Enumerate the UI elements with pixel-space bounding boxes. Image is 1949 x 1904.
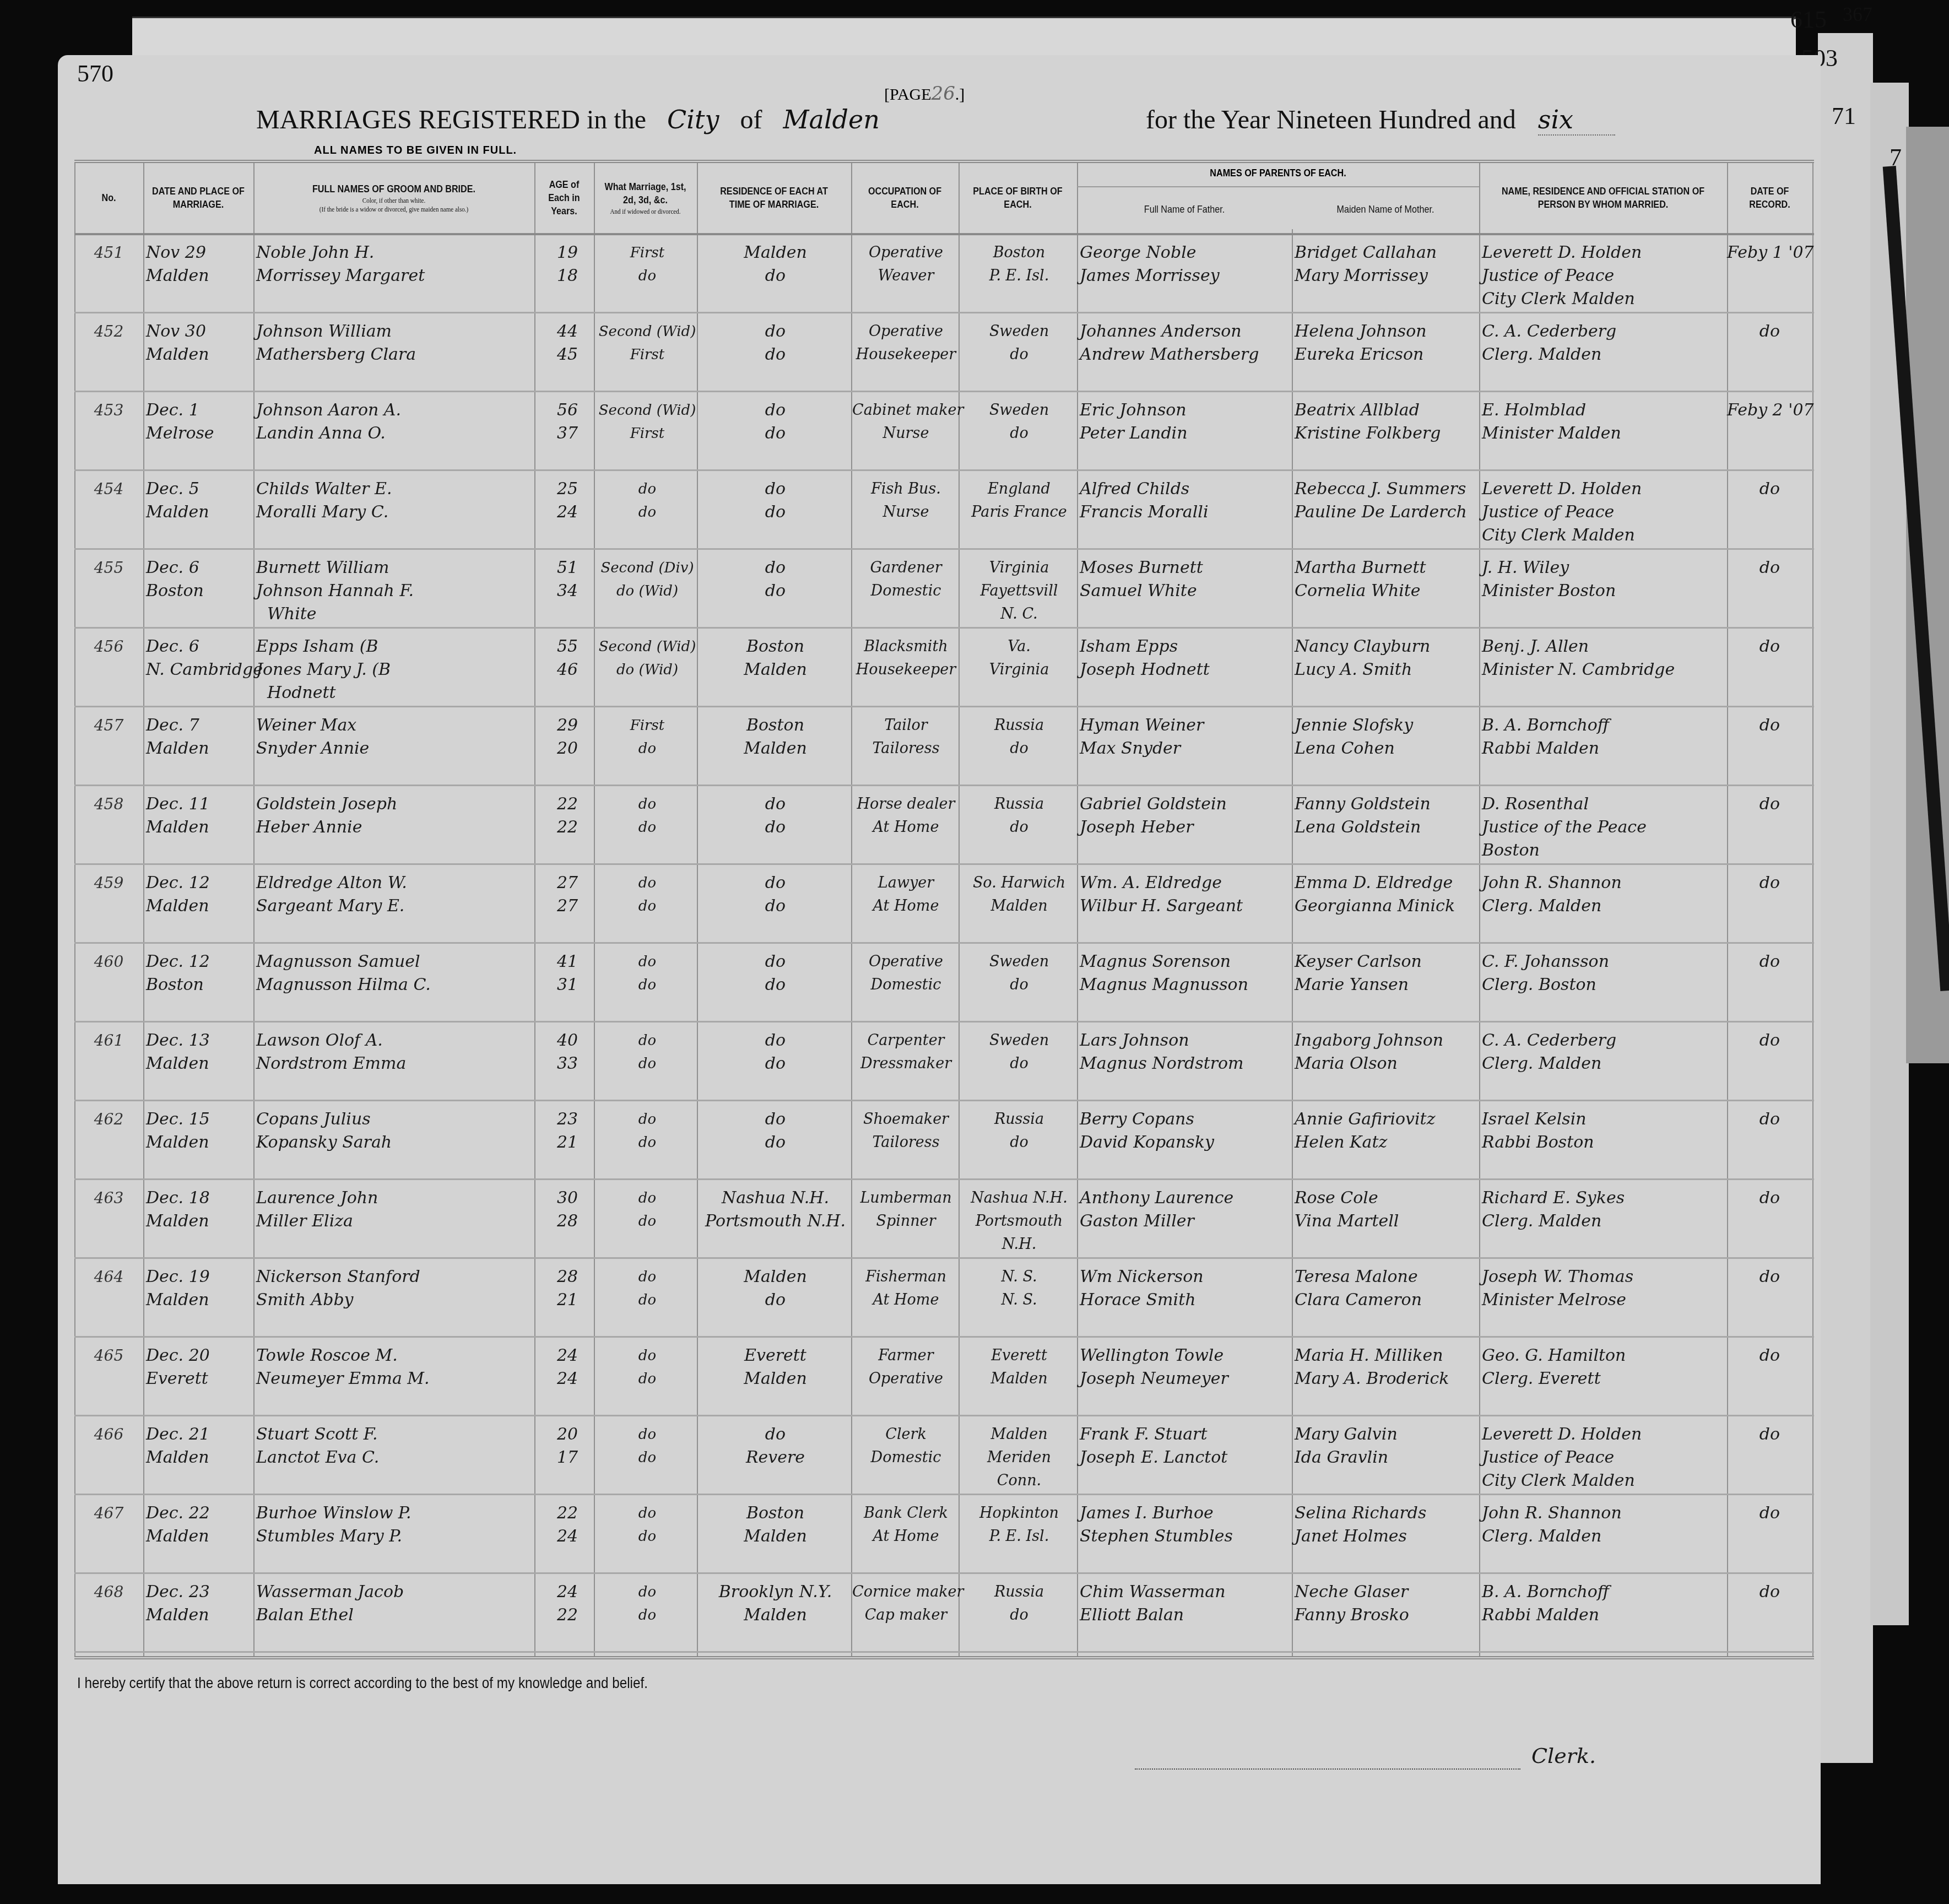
birthplaces: Russiado [961,714,1077,760]
occupations: TailorTailoress [852,714,960,760]
marriage-number: dodo [598,1108,697,1154]
fathers: James I. BurhoeStephen Stumbles [1080,1502,1233,1548]
groom-bride-names: Nickerson StanfordSmith Abby [256,1265,420,1312]
residences: dodo [700,556,851,603]
ages: 2422 [540,1581,595,1627]
of-label: of [740,105,762,134]
birthplaces: Swedendo [961,320,1077,366]
date-of-record: do [1727,1265,1812,1289]
ages: 5134 [540,556,595,603]
ages: 2017 [540,1423,595,1469]
occupations: FarmerOperative [852,1344,960,1391]
mothers: Beatrix AllbladKristine Folkberg [1295,399,1441,445]
header-what-marriage: What Marriage, 1st, 2d, 3d, &c.And if wi… [602,167,689,229]
officiant: Richard E. SykesClerg. Malden [1482,1187,1625,1233]
date-of-record: do [1727,872,1812,895]
record-number: 459 [77,872,140,895]
record-number: 454 [77,478,140,501]
municipality-type: City [667,105,719,134]
officiant-line: Rabbi Malden [1482,737,1609,760]
officiant: B. A. BornchoffRabbi Malden [1482,1581,1609,1627]
officiant: D. RosenthalJustice of the PeaceBoston [1482,793,1647,862]
mothers: Neche GlaserFanny Brosko [1295,1581,1409,1627]
date-of-record: do [1727,793,1812,816]
mothers: Martha BurnettCornelia White [1295,556,1426,603]
residences: dodo [700,793,851,839]
birthplaces: Nashua N.H.PortsmouthN.H. [961,1187,1077,1256]
residences: Nashua N.H.Portsmouth N.H. [700,1187,851,1233]
marriage-number: dodo [598,950,697,997]
year-suffix: six [1538,105,1615,136]
residences: Maldendo [700,1265,851,1312]
marriage-number: Firstdo [598,241,697,288]
date-place: Dec. 11Malden [146,793,210,839]
fathers: Gabriel GoldsteinJoseph Heber [1080,793,1227,839]
officiant: E. HolmbladMinister Malden [1482,399,1621,445]
table-row: 459 Dec. 12Malden Eldredge Alton W.Sarge… [74,865,1814,944]
residences: Maldendo [700,241,851,288]
groom-bride-names: Burhoe Winslow P.Stumbles Mary P. [256,1502,412,1548]
ages: 3028 [540,1187,595,1233]
table-row: 451 Nov 29Malden Noble John H.Morrissey … [74,235,1814,313]
date-place: Dec. 18Malden [146,1187,210,1233]
date-of-record: do [1727,1029,1812,1052]
table-row: 454 Dec. 5Malden Childs Walter E.Moralli… [74,471,1814,550]
groom-bride-names: Magnusson SamuelMagnusson Hilma C. [256,950,431,997]
ages: 2222 [540,793,595,839]
occupations: Cabinet makerNurse [852,399,960,445]
officiant-line: Israel Kelsin [1482,1108,1594,1131]
officiant: Leverett D. HoldenJustice of PeaceCity C… [1482,1423,1642,1492]
table-row: 463 Dec. 18Malden Laurence JohnMiller El… [74,1180,1814,1259]
record-number: 464 [77,1265,140,1289]
mothers: Ingaborg JohnsonMaria Olson [1295,1029,1443,1075]
occupations: Bank ClerkAt Home [852,1502,960,1548]
table-row: 455 Dec. 6Boston Burnett WilliamJohnson … [74,550,1814,629]
mothers: Bridget CallahanMary Morrissey [1295,241,1437,288]
officiant-line: Leverett D. Holden [1482,478,1642,501]
municipality-name: Malden [783,105,880,134]
ages: 2424 [540,1344,595,1391]
date-place: Dec. 23Malden [146,1581,210,1627]
ages: 1918 [540,241,595,288]
birthplaces: So. HarwichMalden [961,872,1077,918]
occupations: Horse dealerAt Home [852,793,960,839]
birthplaces: EverettMalden [961,1344,1077,1391]
officiant-line: Clerg. Malden [1482,343,1616,366]
birthplaces: MaldenMeridenConn. [961,1423,1077,1492]
occupations: ShoemakerTailoress [852,1108,960,1154]
table-row: 464 Dec. 19Malden Nickerson StanfordSmit… [74,1259,1814,1338]
record-number: 451 [77,241,140,264]
year-prefix: for the Year Nineteen Hundred and [1146,105,1516,134]
record-number: 467 [77,1502,140,1525]
birthplaces: Russiado [961,1108,1077,1154]
residences: BostonMalden [700,714,851,760]
page-number: 26 [932,83,955,105]
register-title: MARRIAGES REGISTERED in theCityofMalden [256,105,901,135]
occupations: OperativeDomestic [852,950,960,997]
ages: 2224 [540,1502,595,1548]
date-place: Dec. 20Everett [146,1344,210,1391]
parents-divider [1077,186,1479,187]
officiant-line: Leverett D. Holden [1482,1423,1642,1446]
mothers: Emma D. EldredgeGeorgianna Minick [1295,872,1455,918]
fathers: Anthony LaurenceGaston Miller [1080,1187,1233,1233]
occupations: GardenerDomestic [852,556,960,603]
date-of-record: do [1727,950,1812,973]
fathers: Hyman WeinerMax Snyder [1080,714,1204,760]
groom-bride-names: Stuart Scott F.Lanctot Eva C. [256,1423,379,1469]
date-place: Dec. 6N. Cambridge [146,635,263,681]
officiant-line: Minister Boston [1482,580,1616,603]
residences: dodo [700,950,851,997]
date-of-record: do [1727,478,1812,501]
officiant: C. A. CederbergClerg. Malden [1482,1029,1616,1075]
mothers: Teresa MaloneClara Cameron [1295,1265,1422,1312]
stacked-page-number-5: 7 [1890,143,1902,171]
stacked-page-number-2: 367 [1843,3,1872,26]
occupations: FishermanAt Home [852,1265,960,1312]
birthplaces: Russiado [961,1581,1077,1627]
officiant-line: Leverett D. Holden [1482,241,1642,264]
date-place: Dec. 7Malden [146,714,209,760]
ages: 2821 [540,1265,595,1312]
officiant-line: Minister N. Cambridge [1482,658,1675,681]
residences: Brooklyn N.Y.Malden [700,1581,851,1627]
date-place: Dec. 12Malden [146,872,210,918]
date-of-record: do [1727,1108,1812,1131]
groom-bride-names: Towle Roscoe M.Neumeyer Emma M. [256,1344,430,1391]
date-of-record: do [1727,635,1812,658]
officiant-line: Rabbi Malden [1482,1604,1609,1627]
occupations: ClerkDomestic [852,1423,960,1469]
date-of-record: do [1727,1187,1812,1210]
table-row: 461 Dec. 13Malden Lawson Olof A.Nordstro… [74,1023,1814,1101]
title-prefix: MARRIAGES REGISTERED in the [256,105,646,134]
record-number: 462 [77,1108,140,1131]
mothers: Annie GafiriovitzHelen Katz [1295,1108,1435,1154]
occupations: LumbermanSpinner [852,1187,960,1233]
folio-number: 570 [77,59,113,88]
record-number: 468 [77,1581,140,1604]
row-divider [74,1651,1814,1653]
occupations: OperativeWeaver [852,241,960,288]
date-of-record: do [1727,320,1812,343]
date-place: Dec. 13Malden [146,1029,210,1075]
record-number: 458 [77,793,140,816]
officiant: Benj. J. AllenMinister N. Cambridge [1482,635,1675,681]
stacked-page-number-1: 615 [1790,6,1827,34]
mothers: Rebecca J. SummersPauline De Larderch [1295,478,1467,524]
officiant: B. A. BornchoffRabbi Malden [1482,714,1609,760]
officiant: Joseph W. ThomasMinister Melrose [1482,1265,1633,1312]
date-place: Dec. 1Melrose [146,399,214,445]
record-number: 461 [77,1029,140,1052]
fathers: Frank F. StuartJoseph E. Lanctot [1080,1423,1227,1469]
date-of-record: do [1727,1502,1812,1525]
birthplaces: BostonP. E. Isl. [961,241,1077,288]
date-place: Dec. 12Boston [146,950,210,997]
register-year: for the Year Nineteen Hundred andsix [1146,105,1615,136]
officiant: Leverett D. HoldenJustice of PeaceCity C… [1482,478,1642,547]
mothers: Jennie SlofskyLena Cohen [1295,714,1413,760]
marriage-number: dodo [598,872,697,918]
residences: dodo [700,872,851,918]
officiant-line: Clerg. Malden [1482,895,1622,918]
mothers: Maria H. MillikenMary A. Broderick [1295,1344,1449,1391]
officiant-line: Boston [1482,839,1647,862]
marriage-register-table: No. DATE AND PLACE OF MARRIAGE. FULL NAM… [74,160,1814,1659]
ages: 2727 [540,872,595,918]
header-occupation: OCCUPATION OF EACH. [859,167,951,229]
mothers: Keyser CarlsonMarie Yansen [1295,950,1422,997]
officiant: Israel KelsinRabbi Boston [1482,1108,1594,1154]
header-date-record: DATE OF RECORD. [1734,167,1806,229]
occupations: Fish Bus.Nurse [852,478,960,524]
marriage-number: dodo [598,1344,697,1391]
occupations: CarpenterDressmaker [852,1029,960,1075]
fathers: Alfred ChildsFrancis Moralli [1080,478,1208,524]
table-row: 468 Dec. 23Malden Wasserman JacobBalan E… [74,1574,1814,1653]
table-row: 457 Dec. 7Malden Weiner MaxSnyder Annie … [74,707,1814,786]
record-number: 456 [77,635,140,658]
date-of-record: do [1727,714,1812,737]
table-row: 456 Dec. 6N. Cambridge Epps Isham (BJone… [74,629,1814,707]
residences: dodo [700,1108,851,1154]
officiant-line: Minister Malden [1482,422,1621,445]
page-label: [PAGE [884,85,932,104]
instruction-text: ALL NAMES TO BE GIVEN IN FULL. [314,144,517,157]
groom-bride-names: Lawson Olof A.Nordstrom Emma [256,1029,406,1075]
officiant-line: B. A. Bornchoff [1482,1581,1609,1604]
header-father: Full Name of Father. [1093,191,1276,229]
page-close: .] [955,85,965,104]
fathers: Johannes AndersonAndrew Mathersberg [1080,320,1259,366]
officiant-line: Richard E. Sykes [1482,1187,1625,1210]
residences: BostonMalden [700,635,851,681]
officiant-line: Clerg. Boston [1482,973,1609,997]
ages: 2321 [540,1108,595,1154]
header-date-place: DATE AND PLACE OF MARRIAGE. [151,167,245,229]
record-number: 466 [77,1423,140,1446]
officiant-line: Justice of Peace [1482,501,1642,524]
signature-line [1135,1768,1520,1770]
date-place: Dec. 22Malden [146,1502,210,1548]
date-place: Dec. 19Malden [146,1265,210,1312]
marriage-number: dodo [598,1187,697,1233]
date-of-record: do [1727,1344,1812,1367]
date-place: Dec. 21Malden [146,1423,210,1469]
officiant-line: J. H. Wiley [1482,556,1616,580]
groom-bride-names: Epps Isham (BJones Mary J. (BHodnett [256,635,391,705]
officiant-line: Benj. J. Allen [1482,635,1675,658]
header-age: AGE of Each in Years. [539,167,589,229]
officiant-line: City Clerk Malden [1482,524,1642,547]
officiant-line: John R. Shannon [1482,1502,1622,1525]
table-row: 452 Nov 30Malden Johnson WilliamMathersb… [74,313,1814,392]
background-page-right-1 [1818,33,1873,1763]
fathers: Eric JohnsonPeter Landin [1080,399,1188,445]
residences: dodo [700,478,851,524]
ages: 4033 [540,1029,595,1075]
marriage-number: Second (Wid)First [598,320,697,366]
birthplaces: Swedendo [961,950,1077,997]
header-residence: RESIDENCE OF EACH AT TIME OF MARRIAGE. [708,167,840,229]
officiant-line: Clerg. Everett [1482,1367,1626,1391]
table-row: 460 Dec. 12Boston Magnusson SamuelMagnus… [74,944,1814,1023]
ages: 5637 [540,399,595,445]
groom-bride-names: Johnson WilliamMathersberg Clara [256,320,416,366]
officiant-line: Minister Melrose [1482,1289,1633,1312]
officiant: John R. ShannonClerg. Malden [1482,872,1622,918]
occupations: OperativeHousekeeper [852,320,960,366]
officiant-line: Clerg. Malden [1482,1210,1625,1233]
fathers: Isham EppsJoseph Hodnett [1080,635,1210,681]
groom-bride-names: Wasserman JacobBalan Ethel [256,1581,404,1627]
officiant-line: B. A. Bornchoff [1482,714,1609,737]
groom-bride-names: Johnson Aaron A.Landin Anna O. [256,399,401,445]
officiant-line: City Clerk Malden [1482,1469,1642,1492]
fathers: Wellington TowleJoseph Neumeyer [1080,1344,1228,1391]
officiant-line: Clerg. Malden [1482,1052,1616,1075]
occupations: BlacksmithHousekeeper [852,635,960,681]
ages: 4131 [540,950,595,997]
record-number: 460 [77,950,140,973]
officiant-line: Clerg. Malden [1482,1525,1622,1548]
birthplaces: Swedendo [961,399,1077,445]
groom-bride-names: Eldredge Alton W.Sargeant Mary E. [256,872,407,918]
date-of-record: do [1727,1423,1812,1446]
officiant-line: C. A. Cederberg [1482,1029,1616,1052]
officiant-line: E. Holmblad [1482,399,1621,422]
mothers: Rose ColeVina Martell [1295,1187,1399,1233]
certification-statement: I hereby certify that the above return i… [77,1675,648,1692]
date-place: Dec. 5Malden [146,478,209,524]
marriage-number: dodo [598,1502,697,1548]
mothers: Fanny GoldsteinLena Goldstein [1295,793,1431,839]
table-row: 453 Dec. 1Melrose Johnson Aaron A.Landin… [74,392,1814,471]
record-number: 452 [77,320,140,343]
marriage-number: dodo [598,1581,697,1627]
occupations: Cornice makerCap maker [852,1581,960,1627]
fathers: Berry CopansDavid Kopansky [1080,1108,1214,1154]
date-place: Dec. 15Malden [146,1108,210,1154]
table-row: 465 Dec. 20Everett Towle Roscoe M.Neumey… [74,1338,1814,1416]
marriage-number: Second (Wid)do (Wid) [598,635,697,681]
marriage-number: Second (Div)do (Wid) [598,556,697,603]
birthplaces: Va.Virginia [961,635,1077,681]
date-of-record: Feby 2 '07 [1727,399,1812,422]
fathers: George NobleJames Morrissey [1080,241,1220,288]
birthplaces: Swedendo [961,1029,1077,1075]
officiant: Geo. G. HamiltonClerg. Everett [1482,1344,1626,1391]
groom-bride-names: Noble John H.Morrissey Margaret [256,241,425,288]
ages: 2524 [540,478,595,524]
fathers: Magnus SorensonMagnus Magnusson [1080,950,1248,997]
table-row: 458 Dec. 11Malden Goldstein JosephHeber … [74,786,1814,865]
officiant: C. F. JohanssonClerg. Boston [1482,950,1609,997]
record-number: 463 [77,1187,140,1210]
record-number: 465 [77,1344,140,1367]
date-place: Nov 29Malden [146,241,209,288]
residences: EverettMalden [700,1344,851,1391]
officiant: J. H. WileyMinister Boston [1482,556,1616,603]
date-place: Dec. 6Boston [146,556,204,603]
table-row: 462 Dec. 15Malden Copans JuliusKopansky … [74,1101,1814,1180]
header-names: FULL NAMES OF GROOM AND BRIDE.Color, if … [274,167,513,229]
officiant: John R. ShannonClerg. Malden [1482,1502,1622,1548]
officiant-line: C. F. Johansson [1482,950,1609,973]
marriage-number: dodo [598,793,697,839]
marriage-number: dodo [598,1029,697,1075]
fathers: Lars JohnsonMagnus Nordstrom [1080,1029,1244,1075]
birthplaces: VirginiaFayettsvillN. C. [961,556,1077,626]
groom-bride-names: Childs Walter E.Moralli Mary C. [256,478,392,524]
date-place: Nov 30Malden [146,320,209,366]
groom-bride-names: Weiner MaxSnyder Annie [256,714,369,760]
officiant-line: John R. Shannon [1482,872,1622,895]
residences: dodo [700,320,851,366]
date-of-record: do [1727,556,1812,580]
officiant-line: D. Rosenthal [1482,793,1647,816]
mothers: Mary GalvinIda Gravlin [1295,1423,1398,1469]
residences: dodo [700,399,851,445]
birthplaces: N. S.N. S. [961,1265,1077,1312]
fathers: Wm. A. EldredgeWilbur H. Sargeant [1080,872,1243,918]
table-row: 466 Dec. 21Malden Stuart Scott F.Lanctot… [74,1416,1814,1495]
officiant-line: City Clerk Malden [1482,288,1642,311]
header-parents: NAMES OF PARENTS OF EACH. [1107,167,1449,180]
fathers: Chim WassermanElliott Balan [1080,1581,1226,1627]
date-of-record: do [1727,1581,1812,1604]
groom-bride-names: Burnett WilliamJohnson Hannah F.White [256,556,414,626]
record-number: 453 [77,399,140,422]
marriage-number: Firstdo [598,714,697,760]
officiant-line: Joseph W. Thomas [1482,1265,1633,1289]
clerk-signature-title: Clerk. [1531,1744,1596,1768]
groom-bride-names: Goldstein JosephHeber Annie [256,793,397,839]
groom-bride-names: Laurence JohnMiller Eliza [256,1187,378,1233]
mothers: Helena JohnsonEureka Ericson [1295,320,1427,366]
residences: doRevere [700,1423,851,1469]
ages: 5546 [540,635,595,681]
officiant-line: C. A. Cederberg [1482,320,1616,343]
officiant-line: Rabbi Boston [1482,1131,1594,1154]
officiant: C. A. CederbergClerg. Malden [1482,320,1616,366]
header-birthplace: PLACE OF BIRTH OF EACH. [967,167,1068,229]
officiant-line: Justice of Peace [1482,1446,1642,1469]
marriage-number: dodo [598,1423,697,1469]
page-tag: [PAGE26.] [884,83,965,105]
officiant-line: Justice of Peace [1482,264,1642,288]
birthplaces: HopkintonP. E. Isl. [961,1502,1077,1548]
ages: 4445 [540,320,595,366]
occupations: LawyerAt Home [852,872,960,918]
residences: dodo [700,1029,851,1075]
header-officiant: NAME, RESIDENCE AND OFFICIAL STATION OF … [1498,167,1709,229]
officiant: Leverett D. HoldenJustice of PeaceCity C… [1482,241,1642,311]
residences: BostonMalden [700,1502,851,1548]
mothers: Selina RichardsJanet Holmes [1295,1502,1426,1548]
record-number: 457 [77,714,140,737]
table-row: 467 Dec. 22Malden Burhoe Winslow P.Stumb… [74,1495,1814,1574]
header-mother: Maiden Name of Mother. [1306,191,1465,229]
header-no: No. [79,167,138,229]
birthplaces: Russiado [961,793,1077,839]
marriage-number: dodo [598,1265,697,1312]
fathers: Wm NickersonHorace Smith [1080,1265,1204,1312]
